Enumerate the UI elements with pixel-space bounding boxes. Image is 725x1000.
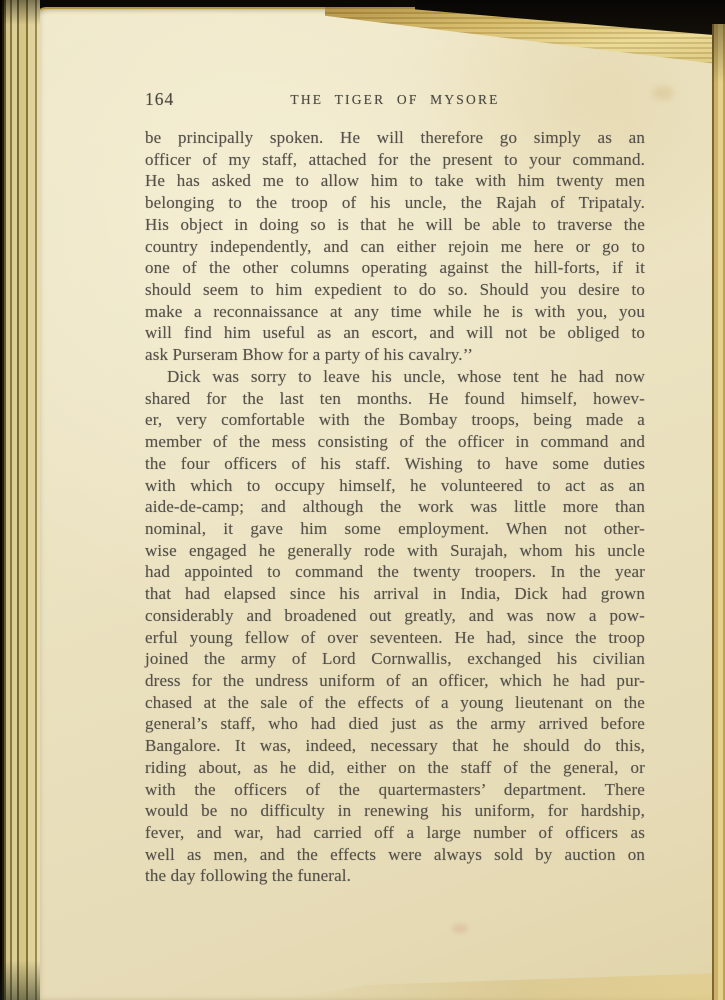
running-title: THE TIGER OF MYSORE bbox=[145, 92, 645, 108]
text-line: Bangalore. It was, indeed, necessary tha… bbox=[145, 735, 645, 757]
text-line: would be no difficulty in renewing his u… bbox=[145, 800, 645, 822]
text-line: well as men, and the effects were always… bbox=[145, 844, 645, 866]
text-line: His object in doing so is that he will b… bbox=[145, 214, 645, 236]
text-line: officer of my staff, attached for the pr… bbox=[145, 149, 645, 171]
text-line: nominal, it gave him some employment. Wh… bbox=[145, 518, 645, 540]
text-line: er, very comfortable with the Bombay tro… bbox=[145, 409, 645, 431]
text-line: aide-de-camp; and although the work was … bbox=[145, 496, 645, 518]
text-line: dress for the undress uniform of an offi… bbox=[145, 670, 645, 692]
paper-stain bbox=[652, 86, 674, 100]
text-line: with which to occupy himself, he volunte… bbox=[145, 475, 645, 497]
text-line: should seem to him expedient to do so. S… bbox=[145, 279, 645, 301]
text-line: that had elapsed since his arrival in In… bbox=[145, 583, 645, 605]
book-photo: 164 THE TIGER OF MYSORE be principally s… bbox=[0, 0, 725, 1000]
text-line: general’s staff, who had died just as th… bbox=[145, 713, 645, 735]
page-header: 164 THE TIGER OF MYSORE bbox=[145, 89, 645, 109]
text-line: fever, and war, had carried off a large … bbox=[145, 822, 645, 844]
text-line: with the officers of the quartermasters’… bbox=[145, 779, 645, 801]
text-line: considerably and broadened out greatly, … bbox=[145, 605, 645, 627]
gilt-right-edge bbox=[712, 24, 725, 1000]
body-text: be principally spoken. He will therefore… bbox=[145, 127, 645, 887]
text-line: wise engaged he generally rode with Sura… bbox=[145, 540, 645, 562]
text-line: country independently, and can either re… bbox=[145, 236, 645, 258]
printed-content: 164 THE TIGER OF MYSORE be principally s… bbox=[145, 0, 645, 1000]
text-line: Dick was sorry to leave his uncle, whose… bbox=[145, 366, 645, 388]
text-line: one of the other columns operating again… bbox=[145, 257, 645, 279]
text-line: joined the army of Lord Cornwallis, exch… bbox=[145, 648, 645, 670]
binding-page-edges bbox=[0, 0, 40, 1000]
text-line: shared for the last ten months. He found… bbox=[145, 388, 645, 410]
text-line: member of the mess consisting of the off… bbox=[145, 431, 645, 453]
text-line: be principally spoken. He will therefore… bbox=[145, 127, 645, 149]
text-line: the day following the funeral. bbox=[145, 865, 645, 887]
text-line: erful young fellow of over seventeen. He… bbox=[145, 627, 645, 649]
text-line: He has asked me to allow him to take wit… bbox=[145, 170, 645, 192]
text-line: had appointed to command the twenty troo… bbox=[145, 561, 645, 583]
text-line: make a reconnaissance at any time while … bbox=[145, 301, 645, 323]
text-line: will find him useful as an escort, and w… bbox=[145, 322, 645, 344]
text-line: chased at the sale of the effects of a y… bbox=[145, 692, 645, 714]
text-line: riding about, as he did, either on the s… bbox=[145, 757, 645, 779]
text-line: belonging to the troop of his uncle, the… bbox=[145, 192, 645, 214]
text-line: the four officers of his staff. Wishing … bbox=[145, 453, 645, 475]
text-line: ask Purseram Bhow for a party of his cav… bbox=[145, 344, 645, 366]
